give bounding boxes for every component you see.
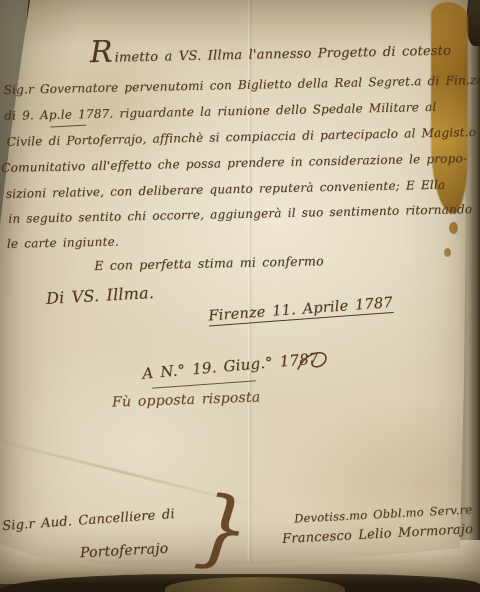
body-line-8: le carte ingiunte. [7, 235, 119, 251]
body-line-2: Sig.r Governatore pervenutomi con Biglie… [3, 73, 480, 97]
body-line-1: Rimetto a VS. Illma l'annesso Progetto d… [90, 41, 452, 67]
underline-date-in-body [50, 125, 86, 128]
body-line-4: Civile di Portoferrajo, affinchè si comp… [7, 125, 477, 149]
manuscript-photo: Rimetto a VS. Illma l'annesso Progetto d… [0, 0, 480, 592]
body-line-7: in seguito sentito chi occorre, aggiunge… [8, 202, 472, 226]
body-line-6: sizioni relative, con deliberare quanto … [6, 178, 446, 201]
body-line-3: di 9. Ap.le 1787. riguardante la riunion… [4, 100, 437, 123]
flourish-icon [296, 349, 330, 375]
body-line-5: Comunitativo all'effetto che possa prend… [1, 151, 467, 175]
closing-line: E con perfetta stima mi confermo [94, 253, 324, 273]
addressee-line: Di VS. Illma. [46, 283, 155, 308]
flourish-brace: } [192, 483, 254, 572]
dateline: Firenze 11. Aprile 1787 [208, 295, 394, 326]
